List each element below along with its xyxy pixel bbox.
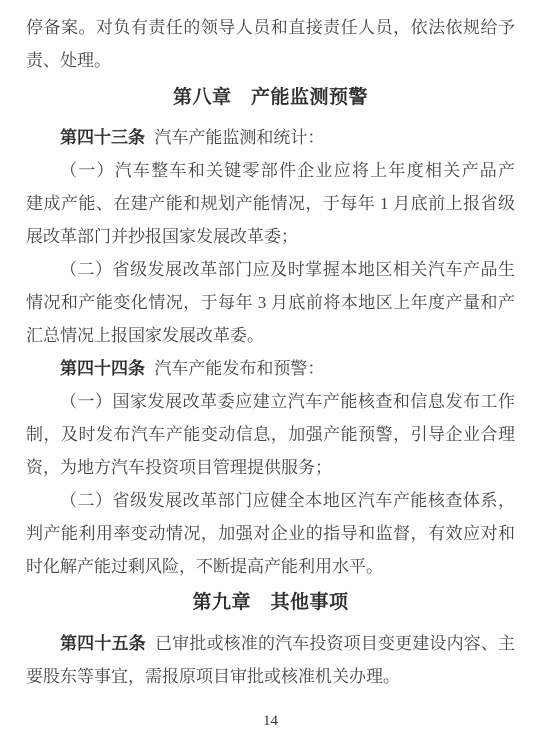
chapter-heading-text: 第九章 其他事项 xyxy=(192,592,348,613)
body-line: 建成产能、在建产能和规划产能情况，于每年 1 月底前上报省级发 xyxy=(26,187,515,220)
body-line: 判产能利用率变动情况，加强对企业的指导和监督，有效应对和及 xyxy=(26,517,515,550)
body-line: （一）国家发展改革委应建立汽车产能核查和信息发布工作机 xyxy=(26,385,515,418)
body-line: 展改革部门并抄报国家发展改革委； xyxy=(26,220,515,253)
line-text: （一）汽车整车和关键零部件企业应将上年度相关产品产量、 xyxy=(26,161,515,187)
body-line: 第四十四条汽车产能发布和预警： xyxy=(26,352,515,385)
line-text: 资，为地方汽车投资项目管理提供服务； xyxy=(26,458,332,477)
body-line: 资，为地方汽车投资项目管理提供服务； xyxy=(26,451,515,484)
chapter-heading-text: 第八章 产能监测预警 xyxy=(173,87,368,108)
line-text: 展改革部门并抄报国家发展改革委； xyxy=(26,227,298,246)
body-line: 时化解产能过剩风险，不断提高产能利用水平。 xyxy=(26,550,515,583)
article-number: 第四十四条 xyxy=(60,359,145,378)
line-text: 情况和产能变化情况，于每年 3 月底前将本地区上年度产量和产能 xyxy=(26,293,515,319)
document-page: 停备案。对负有责任的领导人员和直接责任人员，依法依规给予问 责、处理。 第八章 … xyxy=(0,0,541,742)
chapter-heading: 第九章 其他事项 xyxy=(26,586,515,619)
body-line: （二）省级发展改革部门应及时掌握本地区相关汽车产品生产 xyxy=(26,253,515,286)
line-text: （二）省级发展改革部门应及时掌握本地区相关汽车产品生产 xyxy=(26,260,515,286)
line-text: 已审批或核准的汽车投资项目变更建设内容、主 xyxy=(155,634,515,653)
line-text: 时化解产能过剩风险，不断提高产能利用水平。 xyxy=(26,557,383,576)
line-text: 判产能利用率变动情况，加强对企业的指导和监督，有效应对和及 xyxy=(26,524,515,550)
line-text: （二）省级发展改革部门应健全本地区汽车产能核查体系，研 xyxy=(26,491,515,517)
line-text: 汇总情况上报国家发展改革委。 xyxy=(26,326,264,345)
line-text: （一）国家发展改革委应建立汽车产能核查和信息发布工作机 xyxy=(26,392,515,418)
body-line: 要股东等事宜，需报原项目审批或核准机关办理。 xyxy=(26,660,515,693)
body-line: 制，及时发布汽车产能变动信息，加强产能预警，引导企业合理投 xyxy=(26,418,515,451)
body-line: 汇总情况上报国家发展改革委。 xyxy=(26,319,515,352)
body-line: 责、处理。 xyxy=(26,44,515,77)
article-number: 第四十三条 xyxy=(60,128,145,147)
body-line: 情况和产能变化情况，于每年 3 月底前将本地区上年度产量和产能 xyxy=(26,286,515,319)
line-text: 制，及时发布汽车产能变动信息，加强产能预警，引导企业合理投 xyxy=(26,425,515,451)
line-text: 停备案。对负有责任的领导人员和直接责任人员，依法依规给予问 xyxy=(26,18,515,44)
body-line: 第四十三条汽车产能监测和统计： xyxy=(26,121,515,154)
line-text: 要股东等事宜，需报原项目审批或核准机关办理。 xyxy=(26,667,400,686)
line-text: 汽车产能发布和预警： xyxy=(154,359,324,378)
body-line: 停备案。对负有责任的领导人员和直接责任人员，依法依规给予问 xyxy=(26,11,515,44)
page-number: 14 xyxy=(0,712,541,730)
line-text: 责、处理。 xyxy=(26,51,111,70)
line-text: 建成产能、在建产能和规划产能情况，于每年 1 月底前上报省级发 xyxy=(26,194,515,220)
line-text: 汽车产能监测和统计： xyxy=(154,128,324,147)
body-line: （一）汽车整车和关键零部件企业应将上年度相关产品产量、 xyxy=(26,154,515,187)
document-body: 停备案。对负有责任的领导人员和直接责任人员，依法依规给予问 责、处理。 第八章 … xyxy=(26,11,515,693)
body-line: （二）省级发展改革部门应健全本地区汽车产能核查体系，研 xyxy=(26,484,515,517)
body-line: 第四十五条已审批或核准的汽车投资项目变更建设内容、主 xyxy=(26,627,515,660)
chapter-heading: 第八章 产能监测预警 xyxy=(26,81,515,114)
article-number: 第四十五条 xyxy=(60,634,146,653)
